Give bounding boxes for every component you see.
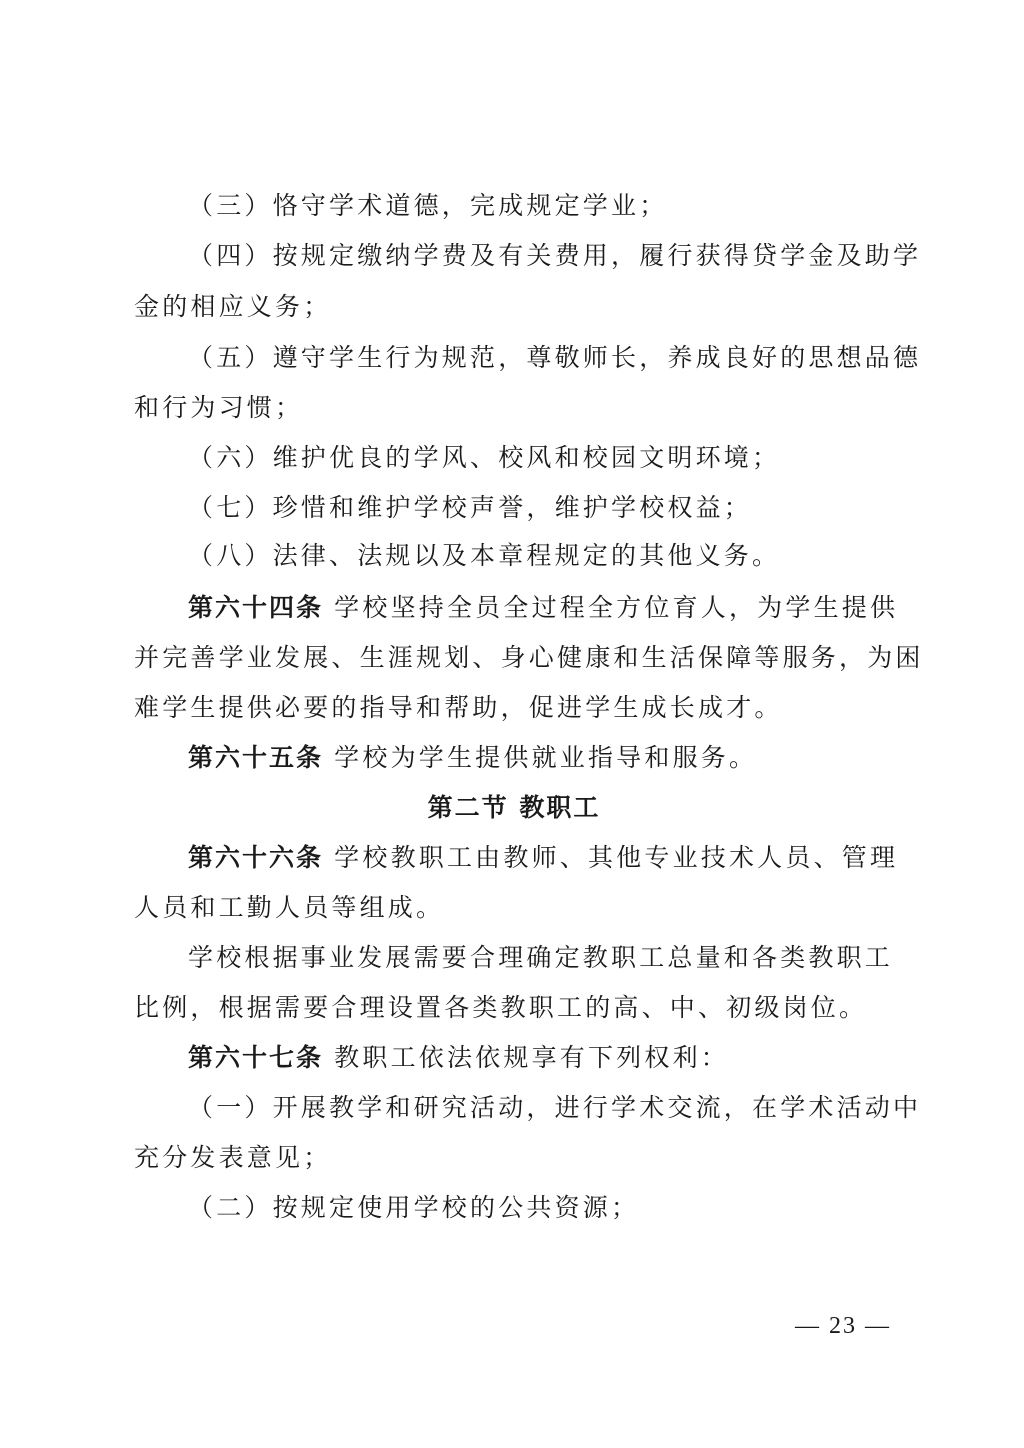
article-label: 第六十六条 [188,843,323,872]
article-64: 第六十四条 学校坚持全员全过程全方位育人，为学生提供 [188,582,898,634]
paragraph-item-2: （二）按规定使用学校的公共资源； [188,1182,639,1234]
article-text: 学校教职工由教师、其他专业技术人员、管理 [323,843,898,872]
paragraph-continuation: 金的相应义务； [134,281,331,333]
article-label: 第六十七条 [188,1043,323,1072]
article-label: 第六十四条 [188,593,323,622]
paragraph-item-8: （八）法律、法规以及本章程规定的其他义务。 [188,530,780,582]
paragraph-continuation: 并完善学业发展、生涯规划、身心健康和生活保障等服务，为困 [134,632,924,684]
article-65: 第六十五条 学校为学生提供就业指导和服务。 [188,732,757,784]
paragraph-continuation: 充分发表意见； [134,1132,331,1184]
paragraph-item-1: （一）开展教学和研究活动，进行学术交流，在学术活动中 [188,1082,921,1134]
section-heading: 第二节 教职工 [134,782,894,834]
paragraph: 学校根据事业发展需要合理确定教职工总量和各类教职工 [188,932,893,984]
paragraph-continuation: 人员和工勤人员等组成。 [134,882,444,934]
paragraph-item-3: （三）恪守学术道德，完成规定学业； [188,180,667,232]
paragraph-item-6: （六）维护优良的学风、校风和校园文明环境； [188,432,780,484]
paragraph-continuation: 比例，根据需要合理设置各类教职工的高、中、初级岗位。 [134,982,867,1034]
paragraph-continuation: 难学生提供必要的指导和帮助，促进学生成长成才。 [134,682,783,734]
paragraph-item-4: （四）按规定缴纳学费及有关费用，履行获得贷学金及助学 [188,230,921,282]
paragraph-continuation: 和行为习惯； [134,382,303,434]
article-67: 第六十七条 教职工依法依规享有下列权利： [188,1032,729,1084]
article-text: 教职工依法依规享有下列权利： [323,1043,729,1072]
article-text: 学校为学生提供就业指导和服务。 [323,743,757,772]
paragraph-item-5: （五）遵守学生行为规范，尊敬师长，养成良好的思想品德 [188,332,921,384]
paragraph-item-7: （七）珍惜和维护学校声誉，维护学校权益； [188,482,752,534]
article-66: 第六十六条 学校教职工由教师、其他专业技术人员、管理 [188,832,898,884]
page-number: — 23 — [795,1313,891,1340]
article-text: 学校坚持全员全过程全方位育人，为学生提供 [323,593,898,622]
article-label: 第六十五条 [188,743,323,772]
